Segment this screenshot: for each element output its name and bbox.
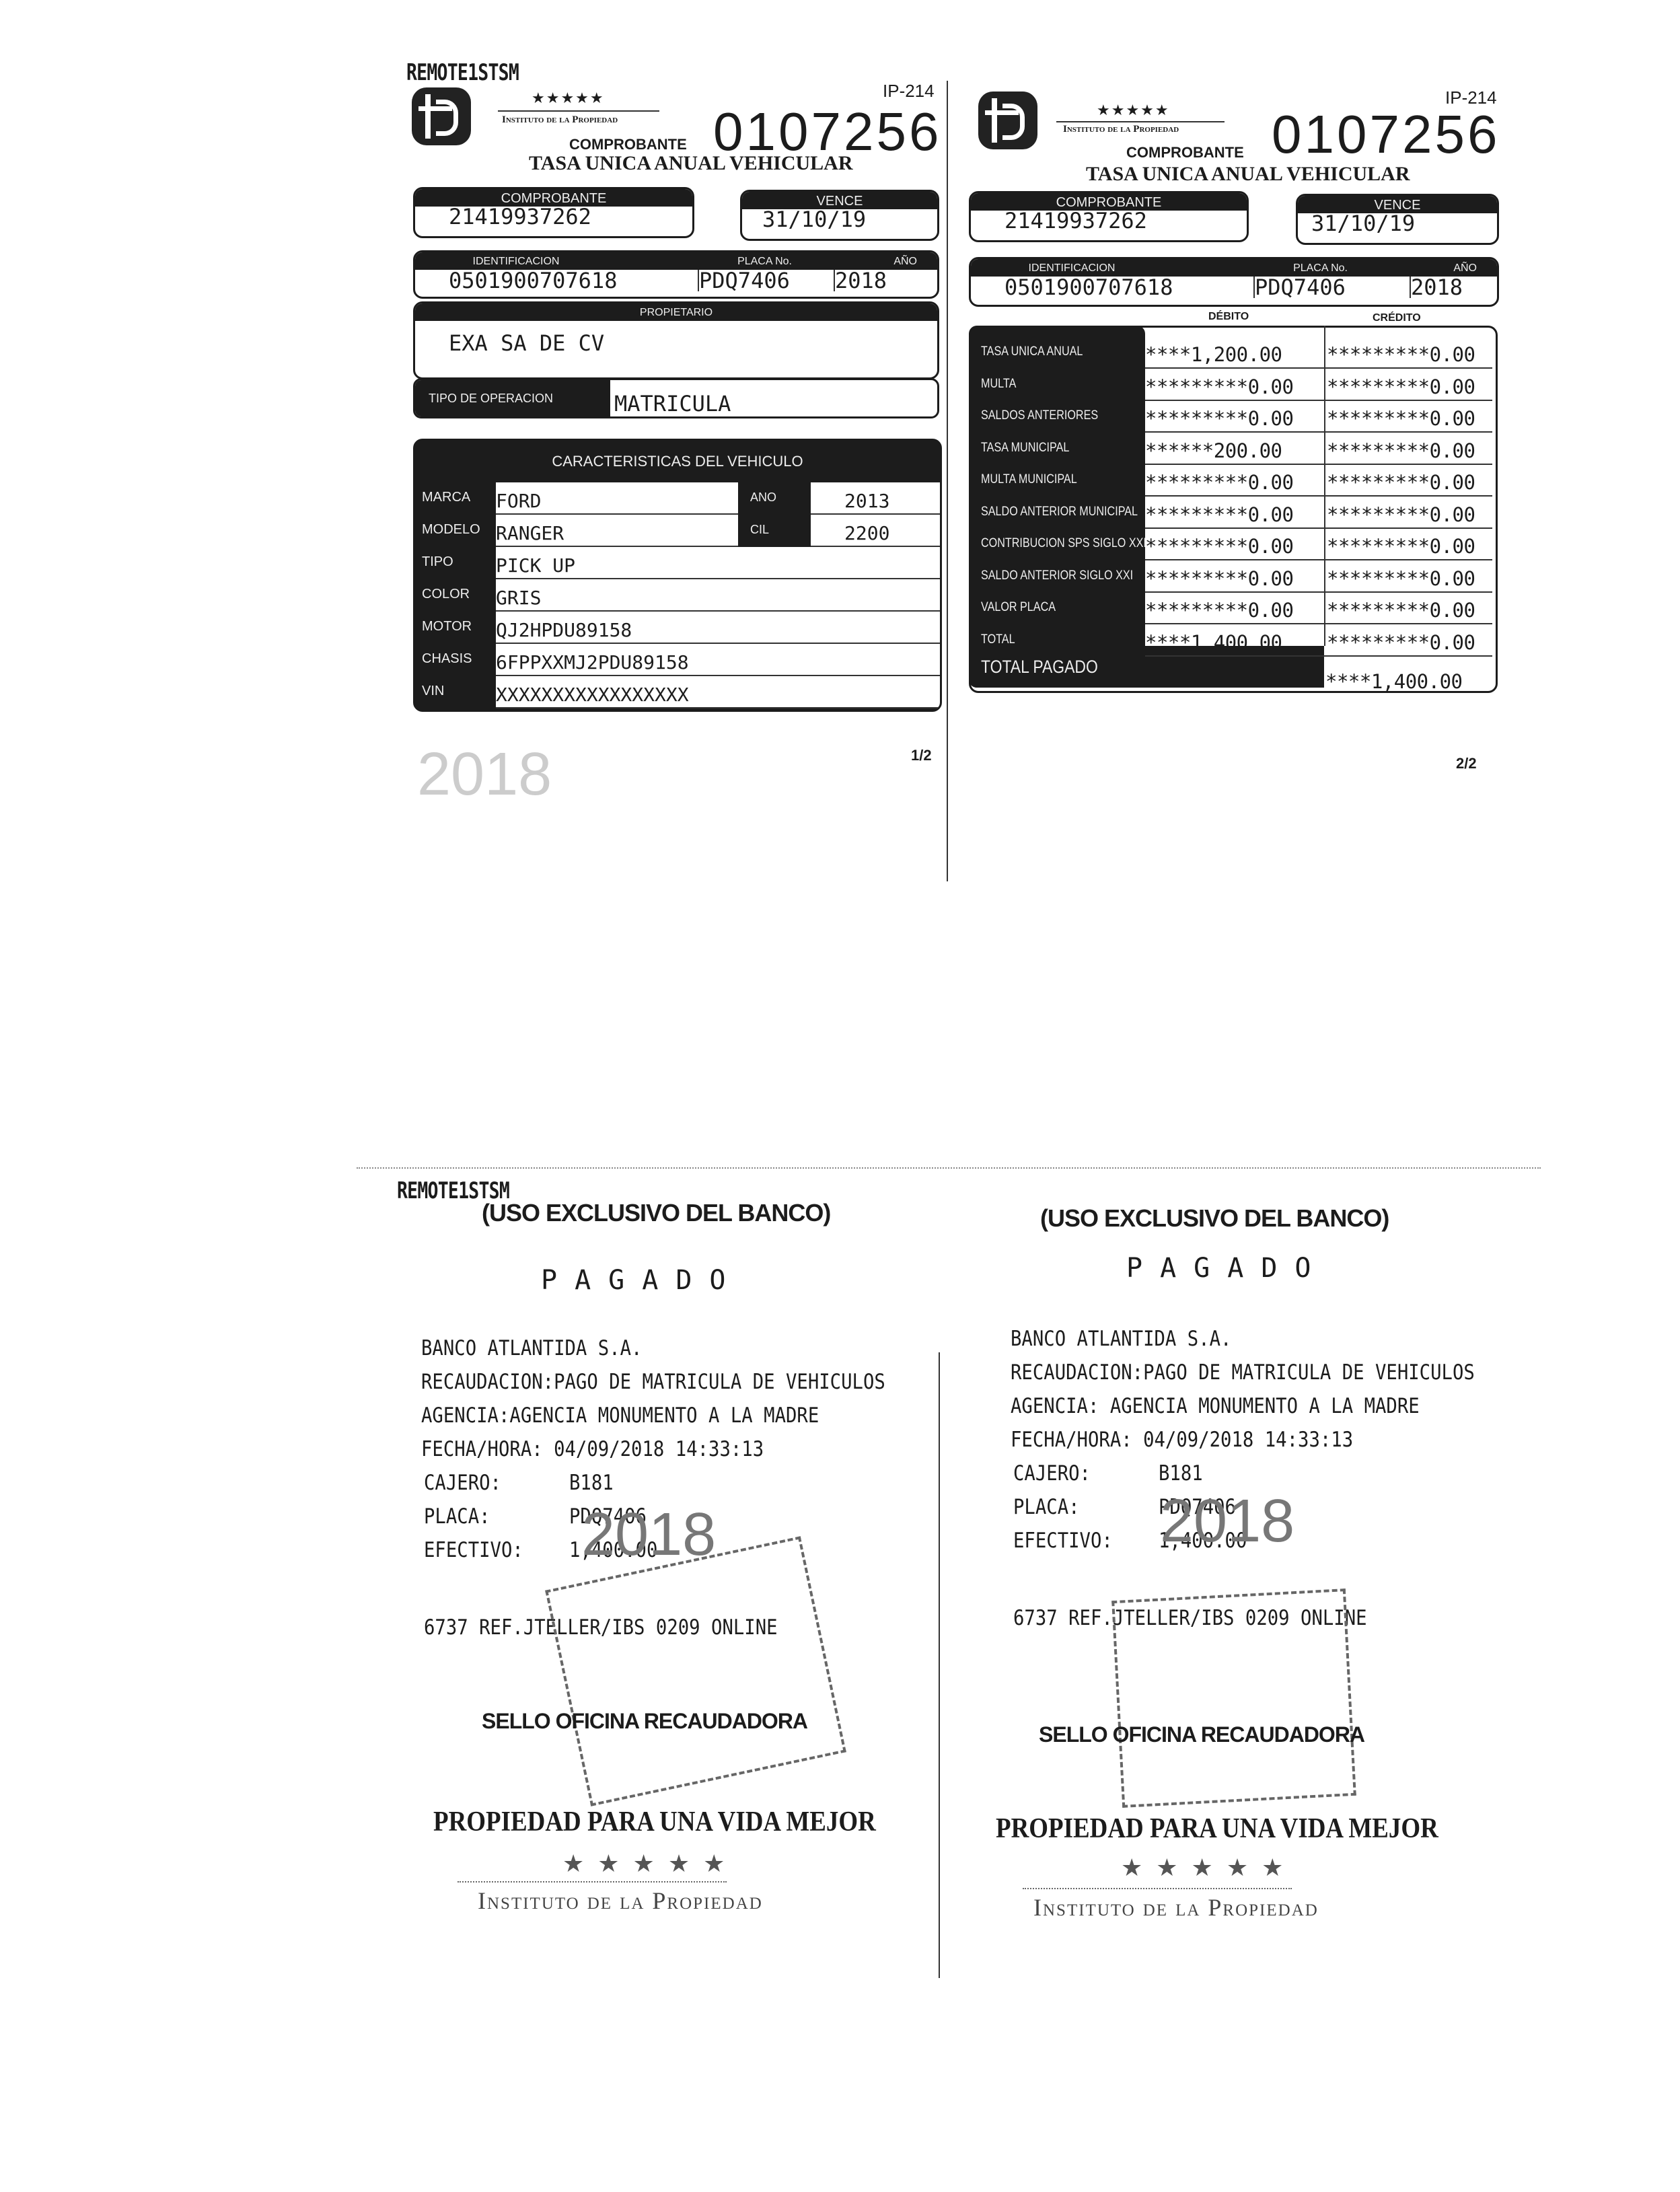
credit-amount: *********0.00 bbox=[1327, 471, 1475, 494]
institution-name: Instituto de la Propiedad bbox=[502, 114, 618, 126]
credit-amount: *********0.00 bbox=[1327, 567, 1475, 590]
vence-field: VENCE 31/10/19 bbox=[740, 190, 939, 241]
page-number: 2/2 bbox=[1456, 755, 1477, 772]
row-rule bbox=[1145, 591, 1492, 593]
row-rule bbox=[1145, 527, 1492, 529]
credit-amount: *********0.00 bbox=[1327, 375, 1475, 398]
row-rule bbox=[1145, 400, 1492, 401]
credit-amount: *********0.00 bbox=[1327, 343, 1475, 366]
bank-line: FECHA/HORA: 04/09/2018 14:33:13 bbox=[1011, 1428, 1353, 1452]
row-rule bbox=[1145, 655, 1492, 657]
cut-line bbox=[357, 1167, 1541, 1169]
bank-field-label: CAJERO: bbox=[424, 1471, 501, 1495]
ledger-label: MULTA bbox=[981, 377, 1016, 392]
doc-label: COMPROBANTE bbox=[569, 136, 687, 153]
debit-amount: *********0.00 bbox=[1145, 407, 1293, 430]
institution-name: Instituto de la Propiedad bbox=[1063, 124, 1179, 135]
comprobante-field: COMPROBANTE 21419937262 bbox=[413, 187, 694, 238]
ledger-label: TASA UNICA ANUAL bbox=[981, 344, 1083, 359]
bank-line: RECAUDACION:PAGO DE MATRICULA DE VEHICUL… bbox=[421, 1370, 885, 1394]
vehicle-label: MODELO bbox=[415, 515, 496, 547]
vehicle-row: MOTORQJ2HPDU89158 bbox=[415, 612, 940, 644]
bank-field-label: PLACA: bbox=[1013, 1495, 1080, 1519]
debit-amount: *********0.00 bbox=[1145, 375, 1293, 398]
header-tag: REMOTE1STSM bbox=[406, 59, 519, 86]
vehicle-label: CHASIS bbox=[415, 644, 496, 676]
bank-field-label: CAJERO: bbox=[1013, 1461, 1091, 1486]
institution-stars: ★★★★★ bbox=[1097, 102, 1170, 119]
vehicle-value: RANGER bbox=[496, 515, 738, 547]
stars-icon: ★★★★★ bbox=[562, 1850, 738, 1878]
vehicle-value: QJ2HPDU89158 bbox=[496, 612, 940, 644]
divider bbox=[458, 1881, 727, 1883]
ano-label: ANO bbox=[738, 482, 811, 515]
row-rule bbox=[1145, 431, 1492, 433]
paid-status: PAGADO bbox=[1126, 1253, 1329, 1284]
bank-line: RECAUDACION:PAGO DE MATRICULA DE VEHICUL… bbox=[1011, 1360, 1475, 1385]
bank-line: AGENCIA: AGENCIA MONUMENTO A LA MADRE bbox=[1011, 1394, 1420, 1418]
motto: PROPIEDAD PARA UNA VIDA MEJOR bbox=[433, 1806, 876, 1838]
vehicle-row: TIPOPICK UP bbox=[415, 547, 940, 579]
divider bbox=[1056, 121, 1225, 122]
debit-amount: *********0.00 bbox=[1145, 567, 1293, 590]
bank-title: (USO EXCLUSIVO DEL BANCO) bbox=[482, 1199, 830, 1227]
vehicle-row: MODELORANGERCIL2200 bbox=[415, 515, 940, 547]
comprobante-field: COMPROBANTE 21419937262 bbox=[969, 191, 1249, 242]
page-number: 1/2 bbox=[911, 747, 932, 764]
vehicle-label: COLOR bbox=[415, 579, 496, 612]
serial-number: 0107256 bbox=[1272, 104, 1500, 166]
office-seal bbox=[545, 1536, 846, 1806]
vehicle-value: GRIS bbox=[496, 579, 940, 612]
ledger-table: DÉBITO CRÉDITO TASA UNICA ANUAL****1,200… bbox=[969, 307, 1500, 764]
doc-title: TASA UNICA ANUAL VEHICULAR bbox=[529, 152, 853, 175]
ledger-label: CONTRIBUCION SPS SIGLO XXI bbox=[981, 536, 1146, 551]
credit-amount: *********0.00 bbox=[1327, 439, 1475, 462]
debit-amount: *********0.00 bbox=[1145, 503, 1293, 526]
total-paid-label: TOTAL PAGADO bbox=[981, 657, 1098, 678]
vehicle-label: VIN bbox=[415, 676, 496, 708]
ip-logo-icon bbox=[978, 92, 1037, 149]
page-divider bbox=[939, 1352, 940, 1978]
divider bbox=[498, 110, 659, 112]
credit-amount: *********0.00 bbox=[1327, 631, 1475, 654]
ledger-label: TOTAL bbox=[981, 632, 1015, 647]
identification-row: IDENTIFICACION PLACA No. AÑO 05019007076… bbox=[413, 250, 939, 299]
vehicle-characteristics: CARACTERISTICAS DEL VEHICULO MARCAFORDAN… bbox=[413, 439, 942, 712]
bank-field-value: B181 bbox=[1159, 1461, 1203, 1486]
bank-field-label: EFECTIVO: bbox=[1013, 1529, 1113, 1553]
vence-field: VENCE 31/10/19 bbox=[1296, 194, 1499, 245]
bank-line: FECHA/HORA: 04/09/2018 14:33:13 bbox=[421, 1437, 764, 1461]
institution-name: Instituto de la Propiedad bbox=[1033, 1893, 1319, 1922]
row-rule bbox=[1145, 559, 1492, 560]
vehicle-value: XXXXXXXXXXXXXXXXX bbox=[496, 676, 940, 708]
faded-year-stamp: 2018 bbox=[417, 740, 552, 809]
row-rule bbox=[1145, 367, 1492, 369]
year-stamp: 2018 bbox=[1160, 1487, 1294, 1556]
credit-amount: *********0.00 bbox=[1327, 503, 1475, 526]
credit-amount: *********0.00 bbox=[1327, 535, 1475, 558]
credit-amount: *********0.00 bbox=[1327, 407, 1475, 430]
bank-title: (USO EXCLUSIVO DEL BANCO) bbox=[1040, 1204, 1389, 1233]
row-rule bbox=[1145, 623, 1492, 624]
page-divider bbox=[947, 81, 948, 881]
ledger-label: TASA MUNICIPAL bbox=[981, 441, 1069, 455]
total-paid-value: ****1,400.00 bbox=[1325, 670, 1463, 693]
row-rule bbox=[1145, 464, 1492, 465]
ledger-label: VALOR PLACA bbox=[981, 600, 1056, 615]
vehicle-label: MOTOR bbox=[415, 612, 496, 644]
debit-amount: ******200.00 bbox=[1145, 439, 1282, 462]
row-rule bbox=[1145, 495, 1492, 497]
institution-name: Instituto de la Propiedad bbox=[478, 1887, 763, 1915]
debit-amount: *********0.00 bbox=[1145, 599, 1293, 622]
vehicle-label: TIPO bbox=[415, 547, 496, 579]
seal-label: SELLO OFICINA RECAUDADORA bbox=[1039, 1722, 1364, 1747]
ledger-label: SALDO ANTERIOR SIGLO XXI bbox=[981, 569, 1133, 583]
debit-amount: ****1,200.00 bbox=[1145, 343, 1282, 366]
doc-title: TASA UNICA ANUAL VEHICULAR bbox=[1086, 163, 1410, 186]
bank-field-label: EFECTIVO: bbox=[424, 1538, 523, 1562]
credit-header: CRÉDITO bbox=[1373, 312, 1421, 324]
operation-type-field: TIPO DE OPERACION MATRICULA bbox=[413, 378, 939, 418]
ledger-label: SALDO ANTERIOR MUNICIPAL bbox=[981, 505, 1138, 519]
divider bbox=[1023, 1888, 1292, 1889]
vehicle-value: PICK UP bbox=[496, 547, 940, 579]
motto: PROPIEDAD PARA UNA VIDA MEJOR bbox=[996, 1813, 1438, 1845]
debit-header: DÉBITO bbox=[1208, 311, 1249, 323]
bank-line: AGENCIA:AGENCIA MONUMENTO A LA MADRE bbox=[421, 1403, 819, 1428]
form-code: IP-214 bbox=[883, 81, 935, 102]
bank-field-label: PLACA: bbox=[424, 1504, 490, 1529]
vehicle-value: 6FPPXXMJ2PDU89158 bbox=[496, 644, 940, 676]
cil-value: 2200 bbox=[811, 515, 940, 547]
vehicle-row: CHASIS6FPPXXMJ2PDU89158 bbox=[415, 644, 940, 676]
debit-amount: *********0.00 bbox=[1145, 535, 1293, 558]
owner-field: PROPIETARIO EXA SA DE CV bbox=[413, 301, 939, 379]
vehicle-label: MARCA bbox=[415, 482, 496, 515]
ano-value: 2013 bbox=[811, 482, 940, 515]
institution-stars: ★★★★★ bbox=[532, 90, 605, 107]
paid-status: PAGADO bbox=[541, 1265, 743, 1296]
ip-logo-icon bbox=[412, 87, 471, 145]
vehicle-row: VINXXXXXXXXXXXXXXXXX bbox=[415, 676, 940, 708]
ledger-label: SALDOS ANTERIORES bbox=[981, 408, 1098, 423]
credit-amount: *********0.00 bbox=[1327, 599, 1475, 622]
vehicle-row: MARCAFORDANO2013 bbox=[415, 482, 940, 515]
stars-icon: ★★★★★ bbox=[1121, 1854, 1296, 1882]
cil-label: CIL bbox=[738, 515, 811, 547]
debit-amount: *********0.00 bbox=[1145, 471, 1293, 494]
debit-amount: ****1,400.00 bbox=[1145, 631, 1282, 654]
seal-label: SELLO OFICINA RECAUDADORA bbox=[482, 1709, 807, 1734]
doc-label: COMPROBANTE bbox=[1126, 144, 1244, 161]
vehicle-row: COLORGRIS bbox=[415, 579, 940, 612]
bank-field-value: B181 bbox=[569, 1471, 614, 1495]
bank-line: BANCO ATLANTIDA S.A. bbox=[1011, 1327, 1231, 1351]
office-seal bbox=[1111, 1588, 1356, 1808]
bank-line: BANCO ATLANTIDA S.A. bbox=[421, 1336, 642, 1360]
vehicle-value: FORD bbox=[496, 482, 738, 515]
identification-row: IDENTIFICACION PLACA No. AÑO 05019007076… bbox=[969, 257, 1499, 307]
ledger-label: MULTA MUNICIPAL bbox=[981, 472, 1077, 487]
